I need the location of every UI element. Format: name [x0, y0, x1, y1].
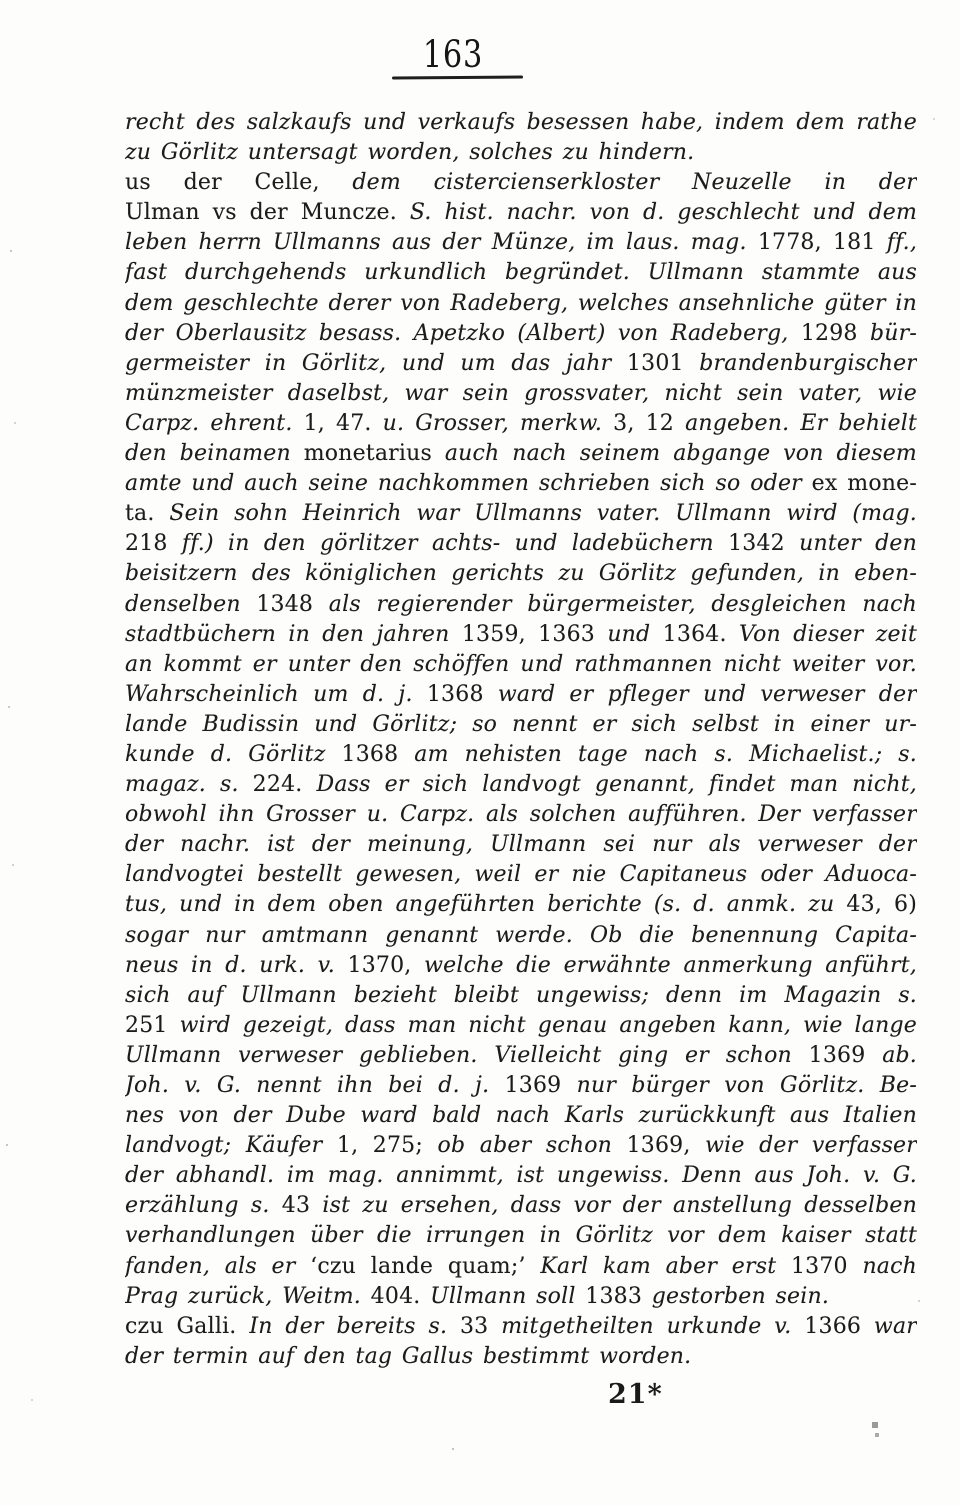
text-line: an kommt er unter den schöffen und rathm…	[125, 650, 917, 680]
italic-text-segment: nes von der Dube ward bald nach Karls zu…	[125, 1103, 917, 1128]
roman-text-segment: 1368	[342, 742, 415, 767]
italic-text-segment: sogar nur amtmann genannt werde. Ob die …	[125, 923, 917, 948]
text-line: Carpz. ehrent. 1, 47. u. Grosser, merkw.…	[125, 409, 917, 439]
text-line: neus in d. urk. v. 1370, welche die erwä…	[125, 951, 917, 981]
italic-text-segment: zu Görlitz untersagt worden, solches zu …	[125, 140, 694, 165]
text-line: sich auf Ullmann bezieht bleibt ungewiss…	[125, 981, 917, 1011]
italic-text-segment: brandenburgischer	[699, 351, 917, 376]
text-line: verhandlungen über die irrungen in Görli…	[125, 1221, 917, 1251]
italic-text-segment: am nehisten tage nach s. Michaelist.; s.	[414, 742, 917, 767]
text-line: tus, und in dem oben angeführten bericht…	[125, 890, 917, 920]
italic-text-segment: an kommt er unter den schöffen und rathm…	[125, 652, 917, 677]
text-line: 47, 13.Ulman vs der Muncze. S. hist. nac…	[125, 198, 917, 228]
italic-text-segment: beisitzern des königlichen gerichts zu G…	[125, 561, 917, 586]
text-line: kunde d. Görlitz 1368 am nehisten tage n…	[125, 740, 917, 770]
italic-text-segment: In der bereits s.	[249, 1314, 460, 1339]
italic-text-segment: Ullmann soll	[430, 1284, 585, 1309]
italic-text-segment: Sein sohn Heinrich war Ullmanns vater. U…	[169, 501, 917, 526]
text-line: erzählung s. 43 ist zu ersehen, dass vor…	[125, 1191, 917, 1221]
italic-text-segment: tus, und in dem oben angeführten bericht…	[125, 892, 846, 917]
text-line: der termin auf den tag Gallus bestimmt w…	[125, 1342, 917, 1372]
roman-text-segment: 1370	[791, 1254, 862, 1279]
italic-text-segment: Carpz. ehrent.	[125, 411, 304, 436]
text-line: den beinamen monetarius auch nach seinem…	[125, 439, 917, 469]
italic-text-segment: den beinamen	[125, 441, 304, 466]
roman-text-segment: 1301	[627, 351, 699, 376]
italic-text-segment: der termin auf den tag Gallus bestimmt w…	[125, 1344, 691, 1369]
italic-text-segment: Dass er sich landvogt genannt, findet ma…	[316, 772, 917, 797]
roman-text-segment: 43, 6)	[846, 892, 917, 917]
roman-text-segment: 1383	[585, 1284, 651, 1309]
italic-text-segment: Prag zurück, Weitm.	[125, 1284, 371, 1309]
italic-text-segment: nach	[862, 1254, 917, 1279]
italic-text-segment: amte und auch seine nachkommen schrieben…	[125, 471, 812, 496]
italic-text-segment: sich auf Ullmann bezieht bleibt ungewiss…	[125, 983, 917, 1008]
italic-text-segment: der nachr. ist der meinung, Ullmann sei …	[125, 832, 917, 857]
italic-text-segment: unter den	[799, 531, 917, 556]
text-line: denselben 1348 als regierender bürgermei…	[125, 590, 917, 620]
italic-text-segment: fanden, als er	[125, 1254, 310, 1279]
italic-text-segment: recht des salzkaufs und verkaufs besesse…	[125, 110, 917, 135]
roman-text-segment: 43	[282, 1193, 323, 1218]
italic-text-segment: denselben	[125, 592, 256, 617]
text-block: recht des salzkaufs und verkaufs besesse…	[125, 108, 917, 1372]
italic-text-segment: der Oberlausitz besass. Apetzko (Albert)…	[125, 321, 801, 346]
italic-text-segment: gestorben sein.	[652, 1284, 829, 1309]
text-line: sogar nur amtmann genannt werde. Ob die …	[125, 921, 917, 951]
text-line: landvogtei bestellt gewesen, weil er nie…	[125, 860, 917, 890]
italic-text-segment: magaz. s.	[125, 772, 253, 797]
italic-text-segment: nur bürger von Görlitz. Be-	[577, 1073, 917, 1098]
italic-text-segment: fast durchgehends urkundlich begründet. …	[125, 260, 917, 285]
italic-text-segment: lande Budissin und Görlitz; so nennt er …	[125, 712, 917, 737]
roman-text-segment: 218	[125, 531, 182, 556]
italic-text-segment: mitgetheilten urkunde v.	[501, 1314, 804, 1339]
text-line: der abhandl. im mag. annimmt, ist ungewi…	[125, 1161, 917, 1191]
text-line: lande Budissin und Görlitz; so nennt er …	[125, 710, 917, 740]
text-line: amte und auch seine nachkommen schrieben…	[125, 469, 917, 499]
text-line: nes von der Dube ward bald nach Karls zu…	[125, 1101, 917, 1131]
roman-text-segment: 33	[460, 1314, 501, 1339]
text-line: leben herrn Ullmanns aus der Münze, im l…	[125, 228, 917, 258]
italic-text-segment: ob aber schon	[438, 1133, 627, 1158]
text-line: magaz. s. 224. Dass er sich landvogt gen…	[125, 770, 917, 800]
italic-text-segment: wie der verfasser	[705, 1133, 917, 1158]
italic-text-segment: ist zu ersehen, dass vor der anstellung …	[322, 1193, 917, 1218]
italic-text-segment: erzählung s.	[125, 1193, 282, 1218]
roman-text-segment: 1364.	[663, 622, 739, 647]
text-line: münzmeister daselbst, war sein grossvate…	[125, 379, 917, 409]
italic-text-segment: ab.	[882, 1043, 917, 1068]
roman-text-segment: 1359, 1363	[462, 622, 607, 647]
italic-text-segment: und	[607, 622, 662, 647]
italic-text-segment: wird gezeigt, dass man nicht genau angeb…	[180, 1013, 917, 1038]
italic-text-segment: u. Grosser, merkw.	[383, 411, 614, 436]
italic-text-segment: bür-	[870, 321, 917, 346]
text-line: germeister in Görlitz, und um das jahr 1…	[125, 349, 917, 379]
text-line: stadtbüchern in den jahren 1359, 1363 un…	[125, 620, 917, 650]
italic-text-segment: ward er pfleger und verweser der	[498, 682, 917, 707]
italic-text-segment: ff.,	[887, 230, 917, 255]
roman-text-segment: 1298	[801, 321, 870, 346]
scan-noise	[0, 0, 2, 2]
italic-text-segment: war	[874, 1314, 917, 1339]
text-line: Wahrscheinlich um d. j. 1368 ward er pfl…	[125, 680, 917, 710]
italic-text-segment: der abhandl. im mag. annimmt, ist ungewi…	[125, 1163, 917, 1188]
text-line: landvogt; Käufer 1, 275; ob aber schon 1…	[125, 1131, 917, 1161]
text-line: zu Görlitz untersagt worden, solches zu …	[125, 138, 917, 168]
scanned-book-page: 163 recht des salzkaufs und verkaufs bes…	[0, 0, 960, 1505]
roman-text-segment: monetarius	[304, 441, 445, 466]
roman-text-segment: 1, 275;	[337, 1133, 438, 1158]
roman-text-segment: 251	[125, 1013, 180, 1038]
italic-text-segment: Ullmann verweser geblieben. Vielleicht g…	[125, 1043, 809, 1068]
italic-text-segment: dem geschlechte derer von Radeberg, welc…	[125, 291, 917, 316]
italic-text-segment: ff.) in den görlitzer achts- und ladebüc…	[182, 531, 728, 556]
text-line: Ullmann verweser geblieben. Vielleicht g…	[125, 1041, 917, 1071]
italic-text-segment: obwohl ihn Grosser u. Carpz. als solchen…	[125, 802, 917, 827]
italic-text-segment: leben herrn Ullmanns aus der Münze, im l…	[125, 230, 758, 255]
text-line: 218 ff.) in den görlitzer achts- und lad…	[125, 529, 917, 559]
italic-text-segment: verhandlungen über die irrungen in Görli…	[125, 1223, 917, 1248]
roman-text-segment: ta.	[125, 501, 169, 526]
italic-text-segment: Joh. v. G. nennt ihn bei d. j.	[125, 1073, 505, 1098]
roman-text-segment: 1348	[256, 592, 328, 617]
text-line: 47, 9.us der Celle, dem cistercienserklo…	[125, 168, 917, 198]
roman-text-segment: us der Celle,	[125, 170, 352, 195]
text-line: obwohl ihn Grosser u. Carpz. als solchen…	[125, 800, 917, 830]
text-line: der Oberlausitz besass. Apetzko (Albert)…	[125, 319, 917, 349]
roman-text-segment: 1370,	[348, 953, 425, 978]
text-line: ta. Sein sohn Heinrich war Ullmanns vate…	[125, 499, 917, 529]
roman-text-segment: 1369	[809, 1043, 883, 1068]
text-line: Joh. v. G. nennt ihn bei d. j. 1369 nur …	[125, 1071, 917, 1101]
roman-text-segment: ‘czu lande quam;’	[310, 1254, 540, 1279]
roman-text-segment: 3, 12	[613, 411, 685, 436]
italic-text-segment: Karl kam aber erst	[540, 1254, 791, 1279]
italic-text-segment: Von dieser zeit	[739, 622, 917, 647]
roman-text-segment: Ulman vs der Muncze.	[125, 200, 410, 225]
italic-text-segment: germeister in Görlitz, und um das jahr	[125, 351, 627, 376]
roman-text-segment: 1778, 181	[758, 230, 887, 255]
text-line: der nachr. ist der meinung, Ullmann sei …	[125, 830, 917, 860]
roman-text-segment: 224.	[253, 772, 317, 797]
roman-text-segment: 1369	[505, 1073, 577, 1098]
italic-text-segment: landvogtei bestellt gewesen, weil er nie…	[125, 862, 917, 887]
roman-text-segment: 404.	[371, 1284, 430, 1309]
italic-text-segment: stadtbüchern in den jahren	[125, 622, 462, 647]
roman-text-segment: 1, 47.	[304, 411, 383, 436]
roman-text-segment: 1342	[728, 531, 799, 556]
italic-text-segment: angeben. Er behielt	[685, 411, 917, 436]
italic-text-segment: münzmeister daselbst, war sein grossvate…	[125, 381, 917, 406]
italic-text-segment: landvogt; Käufer	[125, 1133, 337, 1158]
italic-text-segment: kunde d. Görlitz	[125, 742, 342, 767]
italic-text-segment: Wahrscheinlich um d. j.	[125, 682, 427, 707]
page-number-rule	[392, 76, 523, 80]
text-line: Prag zurück, Weitm. 404. Ullmann soll 13…	[125, 1282, 917, 1312]
printer-signature: 21*	[608, 1379, 663, 1410]
italic-text-segment: welche die erwähnte anmerkung anführt,	[424, 953, 917, 978]
text-line: beisitzern des königlichen gerichts zu G…	[125, 559, 917, 589]
text-line: 47, 22.czu Galli. In der bereits s. 33 m…	[125, 1312, 917, 1342]
roman-text-segment: czu Galli.	[125, 1314, 249, 1339]
roman-text-segment: 1368	[427, 682, 498, 707]
italic-text-segment: auch nach seinem abgange von diesem	[445, 441, 917, 466]
page-number: 163	[423, 33, 483, 76]
italic-text-segment: neus in d. urk. v.	[125, 953, 348, 978]
text-line: recht des salzkaufs und verkaufs besesse…	[125, 108, 917, 138]
italic-text-segment: S. hist. nachr. von d. geschlecht und de…	[410, 200, 917, 225]
text-line: fanden, als er ‘czu lande quam;’ Karl ka…	[125, 1252, 917, 1282]
roman-text-segment: ex mone-	[812, 471, 917, 496]
text-line: fast durchgehends urkundlich begründet. …	[125, 258, 917, 288]
text-line: dem geschlechte derer von Radeberg, welc…	[125, 289, 917, 319]
text-line: 251 wird gezeigt, dass man nicht genau a…	[125, 1011, 917, 1041]
roman-text-segment: 1369,	[627, 1133, 706, 1158]
roman-text-segment: 1366	[804, 1314, 874, 1339]
